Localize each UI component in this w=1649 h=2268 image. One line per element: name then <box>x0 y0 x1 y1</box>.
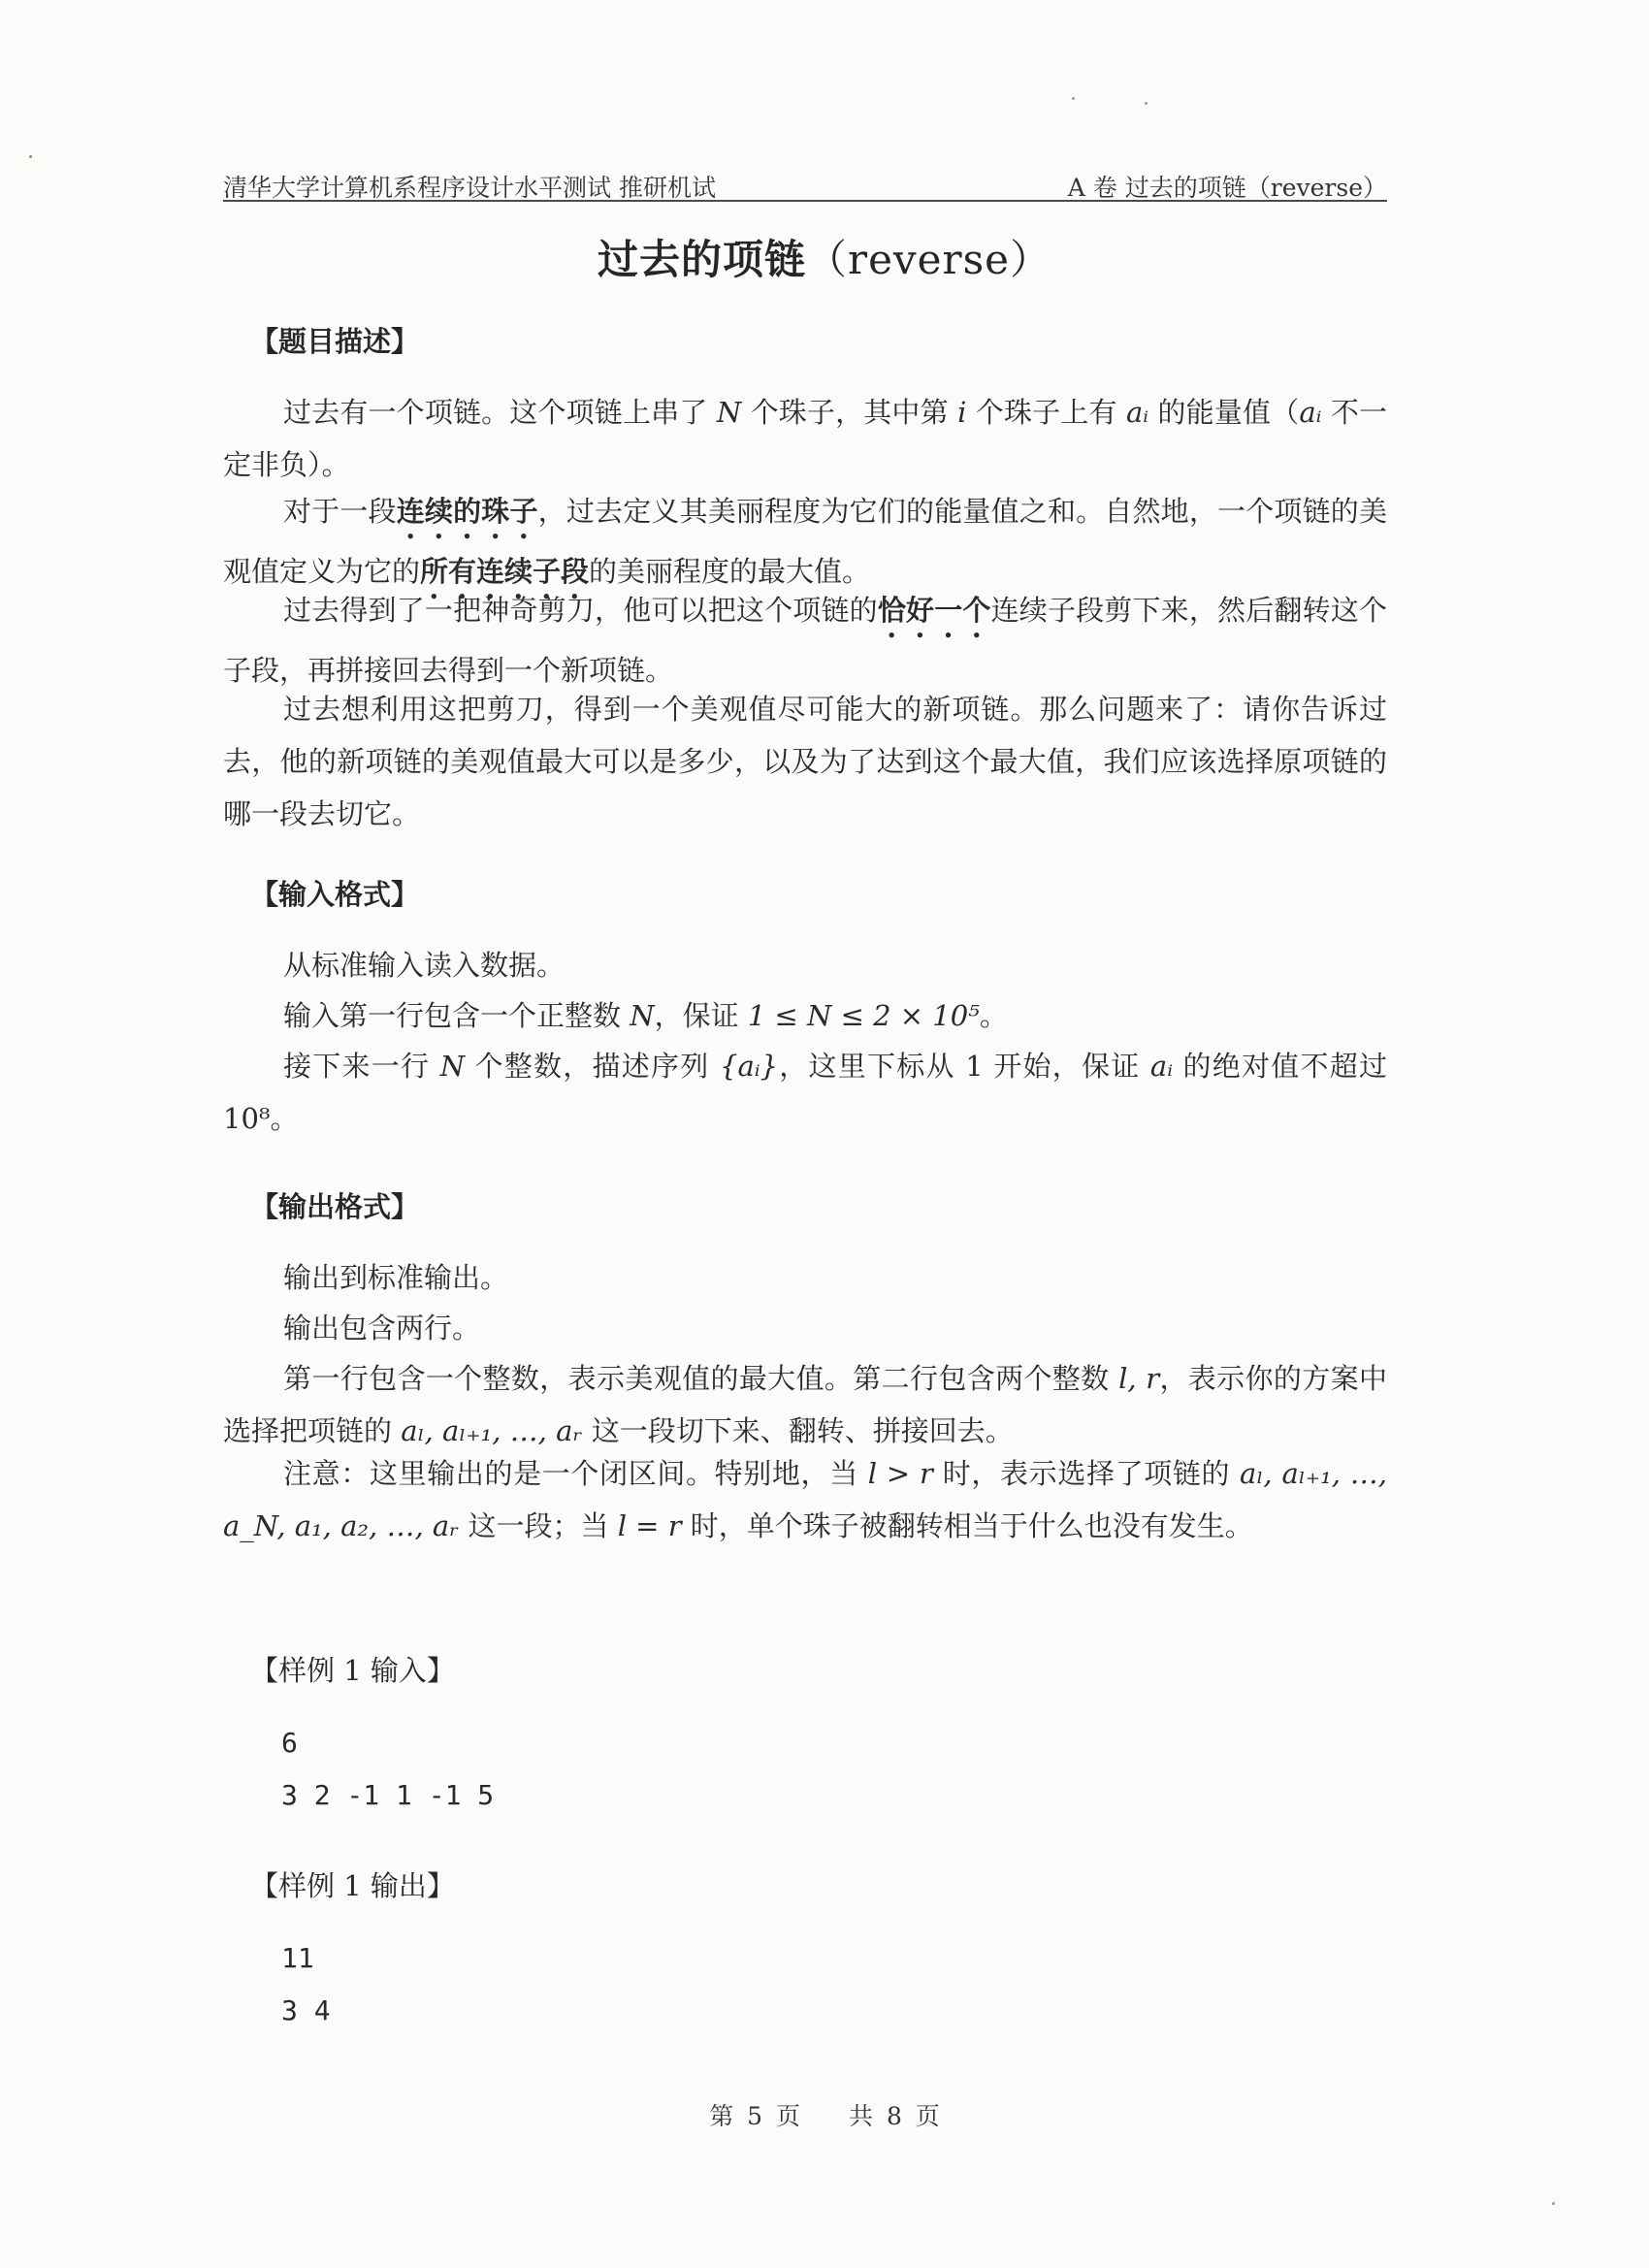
sample-output-block: 113 4 <box>281 1932 331 2037</box>
title-chinese: 过去的项链 <box>598 236 806 283</box>
sample-input-line: 6 <box>281 1717 494 1769</box>
scan-speck <box>1145 102 1148 105</box>
output-format-paragraph-1: 输出到标准输出。 <box>223 1251 1387 1304</box>
sample-input-line: 3 2 -1 1 -1 5 <box>281 1769 494 1822</box>
section-heading-input-format: 【输入格式】 <box>250 873 419 913</box>
page-number: 第 5 页 <box>709 2102 800 2130</box>
section-heading-sample-input: 【样例 1 输入】 <box>250 1649 455 1689</box>
input-format-paragraph-3: 接下来一行 N 个整数，描述序列 {aᵢ}，这里下标从 1 开始，保证 aᵢ 的… <box>223 1040 1387 1145</box>
output-format-paragraph-3: 第一行包含一个整数，表示美观值的最大值。第二行包含两个整数 l, r，表示你的方… <box>223 1352 1387 1457</box>
constraint-ai: 10⁸ <box>223 1102 271 1135</box>
description-paragraph-1: 过去有一个项链。这个项链上串了 N 个珠子，其中第 i 个珠子上有 aᵢ 的能量… <box>223 386 1387 491</box>
sample-input-block: 63 2 -1 1 -1 5 <box>281 1717 494 1822</box>
emphasis-all-subsegments: 所有连续子段 <box>420 555 589 588</box>
output-format-paragraph-2: 输出包含两行。 <box>223 1302 1387 1354</box>
header-exam-name: 清华大学计算机系程序设计水平测试 推研机试 <box>223 169 716 204</box>
section-heading-output-format: 【输出格式】 <box>250 1185 419 1225</box>
problem-title: 过去的项链（reverse） <box>0 228 1649 286</box>
section-heading-sample-output: 【样例 1 输出】 <box>250 1864 455 1904</box>
page-total: 共 8 页 <box>849 2102 940 2130</box>
page-footer: 第 5 页共 8 页 <box>0 2097 1649 2132</box>
header-problem-name: A 卷 过去的项链（reverse） <box>1068 169 1387 204</box>
constraint-n: 1 ≤ N ≤ 2 × 10⁵ <box>748 999 980 1032</box>
title-latin: （reverse） <box>806 236 1051 283</box>
emphasis-continuous-beads: 连续的珠子 <box>397 495 538 528</box>
scan-speck <box>1072 97 1075 100</box>
input-format-paragraph-1: 从标准输入读入数据。 <box>223 939 1387 991</box>
description-paragraph-3: 过去得到了一把神奇剪刀，他可以把这个项链的恰好一个连续子段剪下来，然后翻转这个子… <box>223 584 1387 697</box>
output-format-paragraph-4: 注意：这里输出的是一个闭区间。特别地，当 l > r 时，表示选择了项链的 aₗ… <box>223 1447 1387 1552</box>
sample-output-line: 11 <box>281 1932 331 1985</box>
running-header: 清华大学计算机系程序设计水平测试 推研机试 A 卷 过去的项链（reverse） <box>223 165 1387 204</box>
sample-output-line: 3 4 <box>281 1985 331 2037</box>
section-heading-description: 【题目描述】 <box>250 320 419 360</box>
exam-page: 清华大学计算机系程序设计水平测试 推研机试 A 卷 过去的项链（reverse）… <box>0 0 1649 2268</box>
scan-speck <box>1552 2202 1555 2205</box>
header-divider <box>223 200 1387 202</box>
description-paragraph-4: 过去想利用这把剪刀，得到一个美观值尽可能大的新项链。那么问题来了：请你告诉过去，… <box>223 683 1387 840</box>
scan-speck <box>29 155 32 158</box>
input-format-paragraph-2: 输入第一行包含一个正整数 N，保证 1 ≤ N ≤ 2 × 10⁵。 <box>223 989 1387 1042</box>
emphasis-exactly-one: 恰好一个 <box>878 594 991 627</box>
